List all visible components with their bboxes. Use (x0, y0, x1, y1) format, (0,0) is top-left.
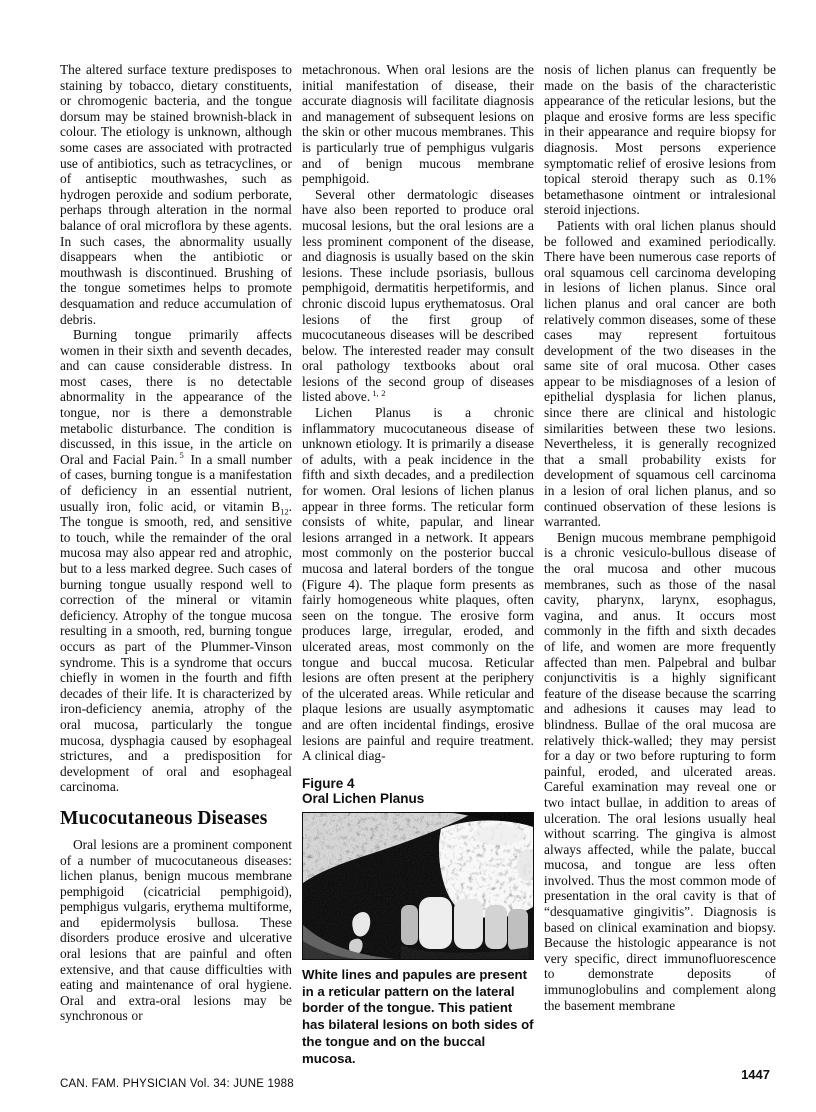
text-run: Oral lesions are a prominent component o… (60, 837, 292, 1024)
section-heading: Mucocutaneous Diseases (60, 808, 292, 830)
text-run: Several other dermatologic diseases have… (302, 187, 534, 405)
figure-label: Figure 4 (302, 776, 534, 792)
body-paragraph: Patients with oral lichen planus should … (544, 218, 776, 530)
body-paragraph: Lichen Planus is a chronic inflammatory … (302, 405, 534, 764)
text-run: nosis of lichen planus can frequently be… (544, 62, 776, 217)
column-3: nosis of lichen planus can frequently be… (544, 62, 776, 1074)
column-2: metachronous. When oral lesions are the … (302, 62, 534, 1074)
journal-page: The altered surface texture predisposes … (0, 0, 816, 1112)
reference-mark: 1, 2 (372, 388, 385, 398)
body-paragraph: metachronous. When oral lesions are the … (302, 62, 534, 187)
oral-lichen-planus-photo (303, 813, 533, 959)
text-run: . The tongue is smooth, red, and sensiti… (60, 499, 292, 795)
text-run: Patients with oral lichen planus should … (544, 218, 776, 529)
page-number: 1447 (741, 1067, 770, 1082)
article-body: The altered surface texture predisposes … (60, 62, 776, 1074)
figure-photo (302, 812, 534, 960)
body-paragraph: Oral lesions are a prominent component o… (60, 837, 292, 1024)
text-run: Benign mucous membrane pemphigoid is a c… (544, 530, 776, 1013)
body-paragraph: Several other dermatologic diseases have… (302, 187, 534, 405)
figure-4: Figure 4 Oral Lichen Planus (302, 776, 534, 1068)
text-run: metachronous. When oral lesions are the … (302, 62, 534, 186)
text-run: Lichen Planus is a chronic inflammatory … (302, 405, 534, 763)
body-paragraph: Benign mucous membrane pemphigoid is a c… (544, 530, 776, 1013)
column-2-text: metachronous. When oral lesions are the … (302, 62, 534, 764)
body-paragraph: Burning tongue primarily affects women i… (60, 327, 292, 795)
figure-caption: White lines and papules are present in a… (302, 967, 534, 1068)
journal-footer: CAN. FAM. PHYSICIAN Vol. 34: JUNE 1988 (60, 1078, 294, 1090)
figure-title: Oral Lichen Planus (302, 791, 534, 807)
body-paragraph: The altered surface texture predisposes … (60, 62, 292, 327)
column-1: The altered surface texture predisposes … (60, 62, 292, 1074)
body-paragraph: nosis of lichen planus can frequently be… (544, 62, 776, 218)
text-run: The altered surface texture predisposes … (60, 62, 292, 327)
text-run: Burning tongue primarily affects women i… (60, 327, 292, 467)
halftone-grain-overlay (303, 813, 533, 959)
